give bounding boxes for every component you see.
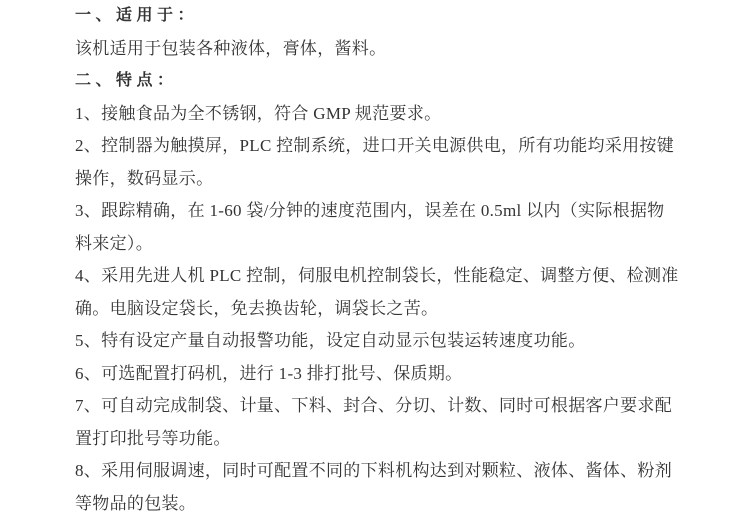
heading-features: 二、特点：	[75, 65, 690, 98]
feature-item-8: 8、采用伺服调速，同时可配置不同的下料机构达到对颗粒、液体、酱体、粉剂 等物品的…	[75, 455, 690, 517]
heading-applicable: 一、适用于：	[75, 0, 690, 33]
feature-item-7: 7、可自动完成制袋、计量、下料、封合、分切、计数、同时可根据客户要求配 置打印批…	[75, 390, 690, 455]
feature-item-1: 1、接触食品为全不锈钢，符合 GMP 规范要求。	[75, 98, 690, 131]
applicable-description: 该机适用于包装各种液体，膏体，酱料。	[75, 33, 690, 66]
document-body: 一、适用于： 该机适用于包装各种液体，膏体，酱料。 二、特点： 1、接触食品为全…	[0, 0, 750, 517]
feature-item-3: 3、跟踪精确，在 1-60 袋/分钟的速度范围内，误差在 0.5ml 以内（实际…	[75, 195, 690, 260]
feature-item-2: 2、控制器为触摸屏，PLC 控制系统，进口开关电源供电，所有功能均采用按键 操作…	[75, 130, 690, 195]
feature-item-5: 5、特有设定产量自动报警功能，设定自动显示包装运转速度功能。	[75, 325, 690, 358]
feature-item-4: 4、采用先进人机 PLC 控制，伺服电机控制袋长，性能稳定、调整方便、检测准 确…	[75, 260, 690, 325]
feature-item-6: 6、可选配置打码机，进行 1-3 排打批号、保质期。	[75, 358, 690, 391]
